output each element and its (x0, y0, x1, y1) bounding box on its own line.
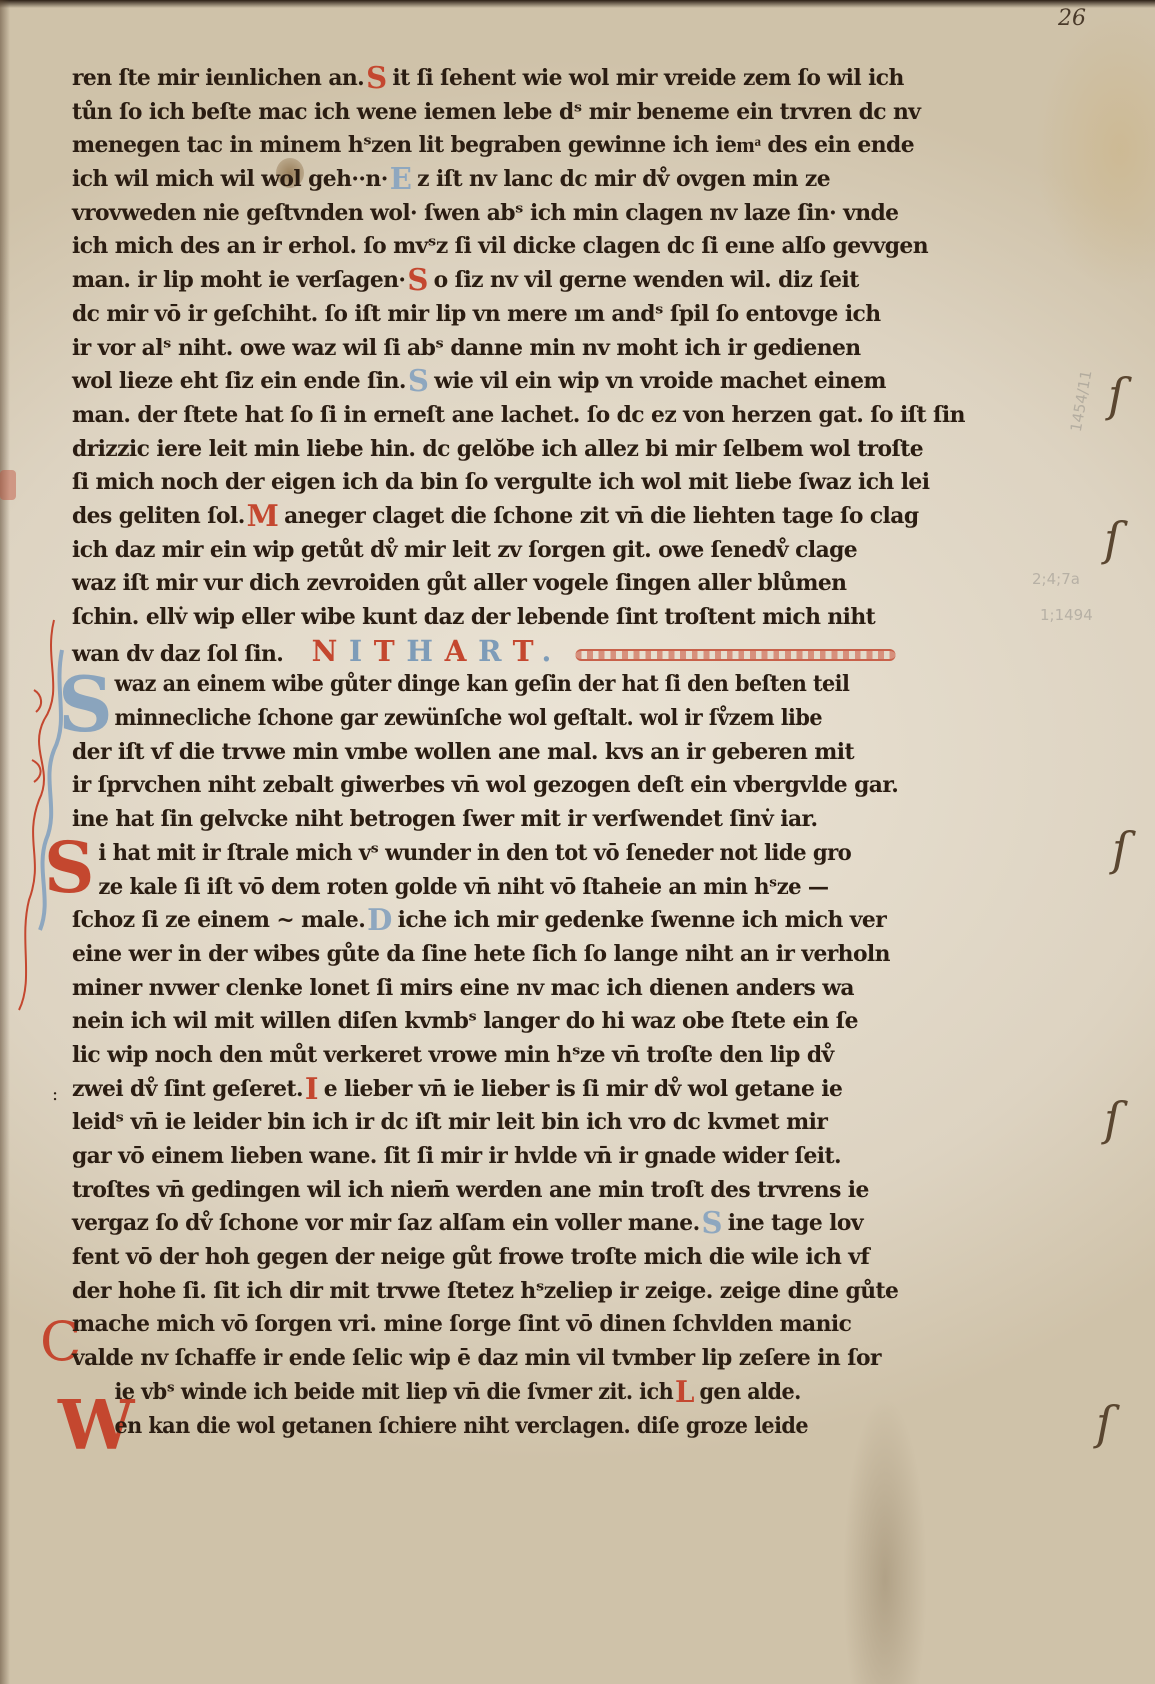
text-line-14: des geliten ſol.Maneger claget die ſchon… (72, 500, 1032, 534)
line-text: ine tage lov (728, 1210, 863, 1236)
text-line-29: nein ich wil mit willen diſen kvmbˢ lang… (72, 1005, 1032, 1039)
text-line-10: wol lieze eht ſiz ein ende ſin.Swie vil … (72, 365, 1032, 399)
text-line-2: tůn ſo ich beſte mac ich wene iemen lebe… (72, 96, 1032, 130)
rubric-letter: . (542, 634, 563, 668)
rubric-initial: L (675, 1376, 694, 1410)
text-line-7: man. ir lip moht ie verſagen·So ſiz nv v… (72, 264, 1032, 298)
manuscript-folio: 26 S S C W : ren ſte mir ieınlichen an.S… (0, 0, 1155, 1684)
line-text: z iſt nv lanc dc mir dv̊ ovgen min ze (417, 166, 830, 192)
binding-gutter (0, 0, 10, 1684)
text-line-20: minnecliche ſchone gar zewünſche wol geſ… (72, 702, 986, 736)
line-text: aneger claget die ſchone zit vn̄ die lie… (284, 503, 918, 529)
line-text: iche ich mir gedenke ſwenne ich mich ver (398, 907, 886, 933)
text-line-38: mache mich vō ſorgen vri. mine ſorge ſin… (72, 1308, 1032, 1342)
text-line-6: ich mich des an ir erhol. ſo mvˢz ſi vil… (72, 230, 1032, 264)
text-line-13: ſi mich noch der eigen ich da bin ſo ver… (72, 466, 1032, 500)
rubric-letter: N (312, 634, 349, 668)
text-line-27: eine wer in der wibes gůte da ſine hete … (72, 938, 1032, 972)
line-text: wol lieze eht ſiz ein ende ſin. (72, 368, 406, 394)
text-line-33: gar vō einem lieben wane. ſit ſi mir ir … (72, 1140, 1032, 1174)
rubric-initial: S (407, 264, 427, 298)
line-text: zwei dv̊ ſint geſeret. (72, 1076, 303, 1102)
text-line-39: valde nv ſchaffe ir ende ſelic wip ē daz… (72, 1342, 1032, 1376)
line-text: des geliten ſol. (72, 503, 245, 529)
rubric-letter: H (406, 634, 444, 668)
text-line-19: waz an einem wibe gůter dinge kan geſin … (72, 668, 986, 702)
line-text: man. ir lip moht ie verſagen· (72, 267, 405, 293)
text-line-15: ich daz mir ein wip getůt dv̊ mir leit z… (72, 534, 1032, 568)
text-line-28: miner nvwer clenke lonet ſi mirs eine nv… (72, 972, 1032, 1006)
rubric-letter: I (349, 634, 374, 668)
text-line-25: ze kale ſi iſt vō dem roten golde vn̄ ni… (72, 871, 1004, 905)
paragraph-sign-icon: ſ (1108, 368, 1125, 422)
rubric-letter: A (445, 634, 478, 668)
paragraph-sign-icon: ſ (1112, 822, 1129, 876)
page-top-edge (0, 0, 1155, 8)
line-text: ren ſte mir ieınlichen an. (72, 65, 364, 91)
text-line-26: ſchoz ſi ze einem ~ male.Diche ich mir g… (72, 904, 1032, 938)
text-line-9: ir vor alˢ niht. owe waz wil ſi abˢ dann… (72, 332, 1032, 366)
line-text: ſchoz ſi ze einem ~ male. (72, 907, 365, 933)
line-text: gen alde. (699, 1379, 800, 1405)
rubric-initial: S (408, 365, 428, 399)
text-line-3: menegen tac in minem hˢzen lit begraben … (72, 129, 1032, 163)
paragraph-sign-icon: ſ (1104, 1092, 1121, 1146)
text-line-31: zwei dv̊ ſint geſeret.Ie lieber vn̄ ie l… (72, 1073, 1032, 1107)
rubric-initial: S (366, 62, 386, 96)
line-text: vergaz ſo dv̊ ſchone vor mir ſaz alſam e… (72, 1210, 700, 1236)
rubric-initial: I (305, 1073, 318, 1107)
text-line-16: waz iſt mir vur dich zevroiden gůt aller… (72, 567, 1032, 601)
rubric-initial: S (702, 1207, 722, 1241)
text-line-8: dc mir vō ir geſchiht. ſo iſt mir lip vn… (72, 298, 1032, 332)
line-text: wie vil ein wip vn vroide machet einem (434, 368, 886, 394)
text-line-40: ie vbˢ winde ich beide mit liep vn̄ die … (72, 1376, 986, 1410)
rubric-initial: D (367, 904, 392, 938)
offset-red-mark (0, 470, 16, 500)
text-line-41: en kan die wol getanen ſchiere niht verc… (72, 1410, 986, 1444)
text-line-35: vergaz ſo dv̊ ſchone vor mir ſaz alſam e… (72, 1207, 1032, 1241)
text-line-12: drizzic iere leit min liebe hin. dc gelŏ… (72, 433, 1032, 467)
pencil-note: 2;4;7a (1032, 570, 1080, 588)
text-line-23: ine hat ſin gelvcke niht betrogen ſwer m… (72, 803, 1032, 837)
line-text: e lieber vn̄ ie lieber is ſi mir dv̊ wol… (324, 1076, 843, 1102)
line-text: o ſiz nv vil gerne wenden wil. diz ſeit (434, 267, 859, 293)
line-text: wan dv daz ſol ſin. (72, 641, 283, 667)
text-line-17: ſchin. ellv̇ wip eller wibe kunt daz der… (72, 601, 1032, 635)
line-text: ie vbˢ winde ich beide mit liep vn̄ die … (114, 1379, 673, 1405)
decorative-chain-line (576, 649, 896, 661)
author-rubric-nithart: NITHART. (312, 635, 563, 669)
text-line-21: der iſt vf die trvwe min vmbe wollen ane… (72, 736, 1032, 770)
rubric-letter: R (478, 634, 513, 668)
manuscript-text-block: ren ſte mir ieınlichen an.Sit ſi ſehent … (72, 62, 1062, 1443)
margin-punctuation-mark: : (52, 1084, 58, 1105)
text-line-30: lic wip noch den můt verkeret vrowe min … (72, 1039, 1032, 1073)
rubric-letter: T (513, 634, 542, 668)
text-line-1: ren ſte mir ieınlichen an.Sit ſi ſehent … (72, 62, 1032, 96)
rubric-initial: E (390, 163, 412, 197)
text-line-22: ir ſprvchen niht zebalt giwerbes vn̄ wol… (72, 769, 1032, 803)
text-line-32: leidˢ vn̄ ie leider bin ich ir dc iſt mi… (72, 1106, 1032, 1140)
pencil-note: 1;1494 (1040, 606, 1093, 624)
text-line-34: troſtes vn̄ gedingen wil ich niem̄ werde… (72, 1174, 1032, 1208)
text-line-18-rubric: wan dv daz ſol ſin. NITHART. (72, 635, 1032, 669)
text-line-36: fent vō der hoh gegen der neige gůt frow… (72, 1241, 1032, 1275)
line-text: it ſi ſehent wie wol mir vreide zem ſo w… (392, 65, 903, 91)
paragraph-sign-icon: ſ (1104, 512, 1121, 566)
line-text: ich wil mich wil wol geh··n· (72, 166, 388, 192)
rubric-initial: M (247, 500, 279, 534)
text-line-5: vrovweden nie geſtvnden wol· ſwen abˢ ic… (72, 197, 1032, 231)
text-line-24: i hat mit ir ſtrale mich vˢ wunder in de… (72, 837, 1004, 871)
pencil-note: 1454/11 (1067, 369, 1096, 434)
text-line-4: ich wil mich wil wol geh··n·Ez iſt nv la… (72, 163, 1032, 197)
folio-number: 26 (1058, 6, 1086, 31)
paragraph-sign-icon: ſ (1096, 1396, 1113, 1450)
rubric-letter: T (374, 634, 407, 668)
text-line-37: der hohe ſi. ſit ich dir mit trvwe ſtete… (72, 1275, 1032, 1309)
text-line-11: man. der ſtete hat ſo ſi in erneſt ane l… (72, 399, 1032, 433)
